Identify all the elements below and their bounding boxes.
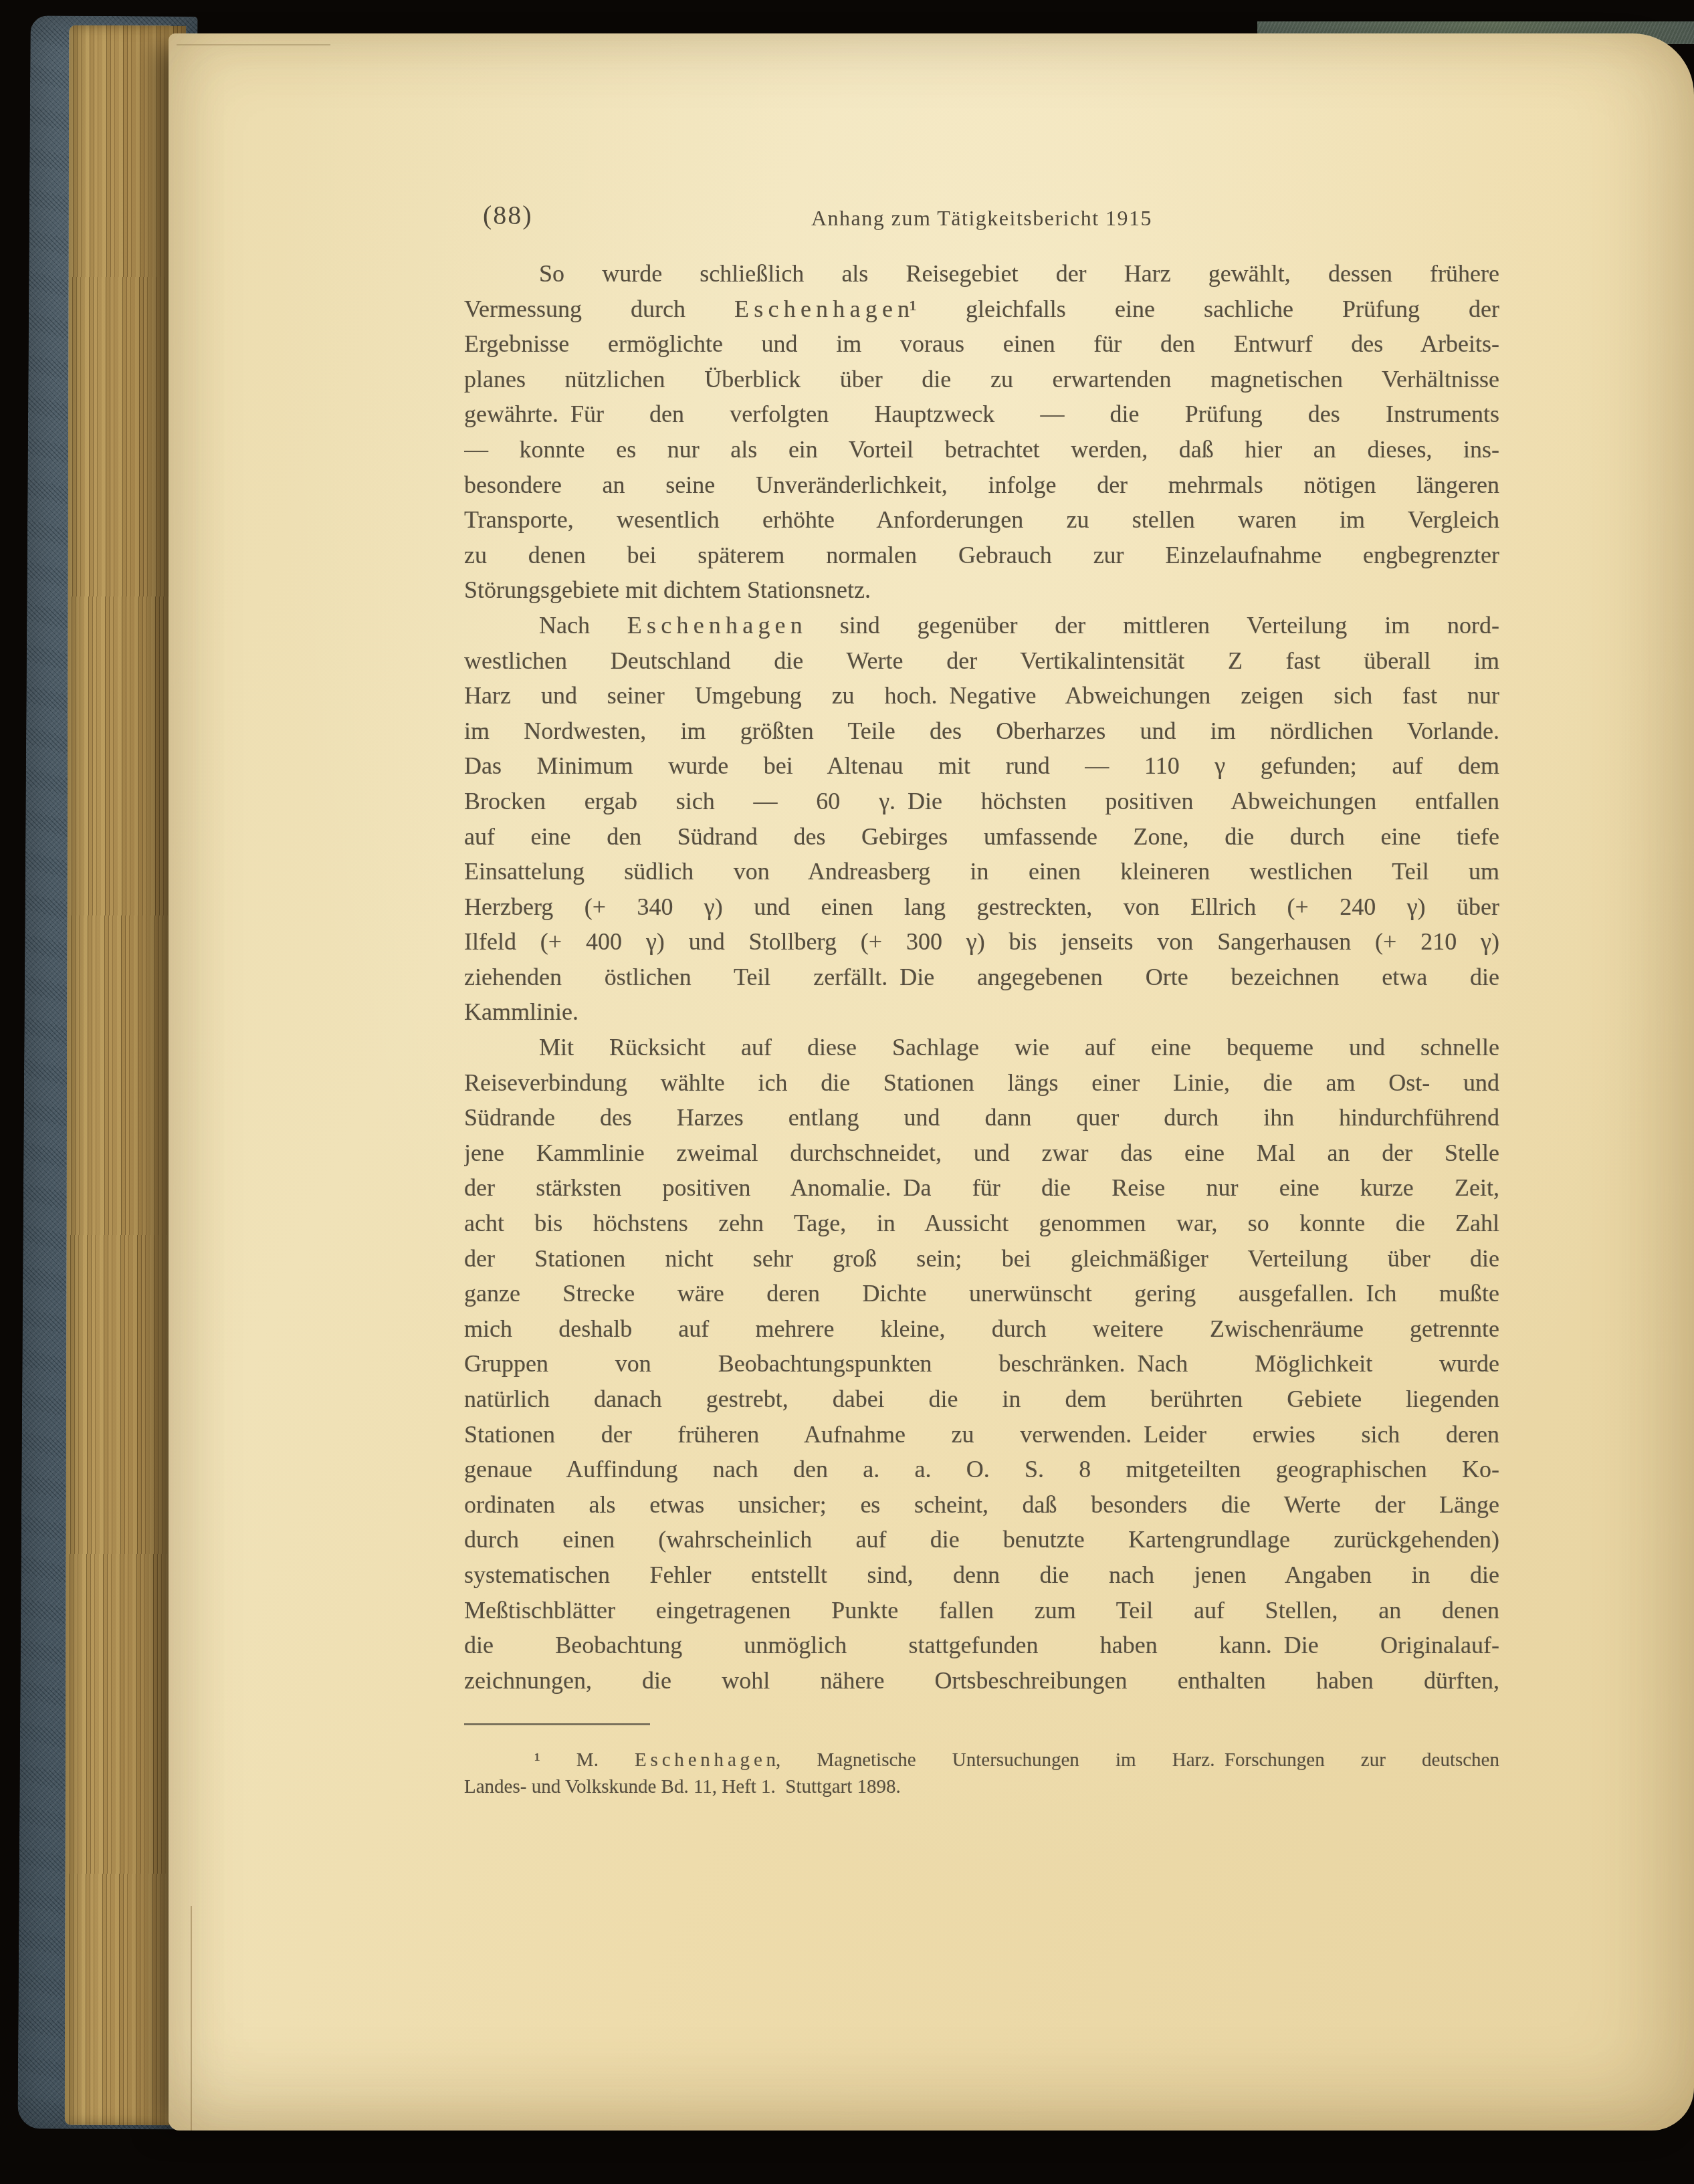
- paragraph: Mit Rücksicht auf diese Sachlage wie auf…: [464, 1030, 1499, 1698]
- text-line: Ergebnisse ermöglichte und im voraus ein…: [464, 326, 1499, 362]
- text-line: jene Kammlinie zweimal durchschneidet, u…: [464, 1135, 1499, 1171]
- book-page: (88) Anhang zum Tätigkeitsbericht 1915 S…: [169, 33, 1694, 2131]
- footnote-line: Landes- und Volkskunde Bd. 11, Heft 1. S…: [464, 1773, 1499, 1800]
- text-line: Störungsgebiete mit dichtem Stationsnetz…: [464, 572, 1499, 608]
- text-line: Meßtischblätter eingetragenen Punkte fal…: [464, 1593, 1499, 1628]
- text-line: Südrande des Harzes entlang und dann que…: [464, 1100, 1499, 1135]
- text-line: Nach E s c h e n h a g e n sind gegenübe…: [464, 608, 1499, 643]
- text-line: acht bis höchstens zehn Tage, in Aussich…: [464, 1206, 1499, 1241]
- text-line: Gruppen von Beobachtungspunkten beschrän…: [464, 1346, 1499, 1382]
- text-line: ordinaten als etwas unsicher; es scheint…: [464, 1487, 1499, 1523]
- text-line: So wurde schließlich als Reisegebiet der…: [464, 256, 1499, 292]
- text-line: der Stationen nicht sehr groß sein; bei …: [464, 1241, 1499, 1277]
- text-line: ganze Strecke wäre deren Dichte unerwüns…: [464, 1276, 1499, 1311]
- body-text: So wurde schließlich als Reisegebiet der…: [464, 256, 1499, 1698]
- text-line: durch einen (wahrscheinlich auf die benu…: [464, 1522, 1499, 1557]
- text-line: Kammlinie.: [464, 994, 1499, 1030]
- text-line: westlichen Deutschland die Werte der Ver…: [464, 643, 1499, 679]
- text-line: Reiseverbindung wählte ich die Stationen…: [464, 1065, 1499, 1101]
- text-line: Das Minimum wurde bei Altenau mit rund —…: [464, 748, 1499, 784]
- text-line: Herzberg (+ 340 γ) und einen lang gestre…: [464, 889, 1499, 925]
- text-line: natürlich danach gestrebt, dabei die in …: [464, 1382, 1499, 1417]
- text-line: Ilfeld (+ 400 γ) und Stollberg (+ 300 γ)…: [464, 924, 1499, 960]
- text-line: Transporte, wesentlich erhöhte Anforderu…: [464, 502, 1499, 538]
- paragraph: Nach E s c h e n h a g e n sind gegenübe…: [464, 608, 1499, 1030]
- footnote: ¹ M. E s c h e n h a g e n, Magnetische …: [464, 1747, 1499, 1800]
- text-line: Einsattelung südlich von Andreasberg in …: [464, 854, 1499, 889]
- footnote-separator: [464, 1723, 650, 1725]
- text-line: — konnte es nur als ein Vorteil betracht…: [464, 432, 1499, 467]
- book-photo: (88) Anhang zum Tätigkeitsbericht 1915 S…: [0, 0, 1694, 2184]
- text-line: gewährte. Für den verfolgten Hauptzweck …: [464, 397, 1499, 432]
- text-line: Vermessung durch E s c h e n h a g e n¹ …: [464, 292, 1499, 327]
- text-line: der stärksten positiven Anomalie. Da für…: [464, 1170, 1499, 1206]
- underlying-page-edge-top: [177, 44, 330, 45]
- text-line: auf eine den Südrand des Gebirges umfass…: [464, 819, 1499, 855]
- text-line: systematischen Fehler entstellt sind, de…: [464, 1557, 1499, 1593]
- text-line: die Beobachtung unmöglich stattgefunden …: [464, 1628, 1499, 1663]
- text-line: planes nützlichen Überblick über die zu …: [464, 362, 1499, 397]
- text-line: Brocken ergab sich — 60 γ. Die höchsten …: [464, 784, 1499, 819]
- text-line: besondere an seine Unveränderlichkeit, i…: [464, 467, 1499, 503]
- text-line: mich deshalb auf mehrere kleine, durch w…: [464, 1311, 1499, 1347]
- paragraph: So wurde schließlich als Reisegebiet der…: [464, 256, 1499, 608]
- running-head: Anhang zum Tätigkeitsbericht 1915: [464, 206, 1499, 231]
- underlying-page-edge-bottom: [191, 1906, 192, 2131]
- text-line: zeichnungen, die wohl nähere Ortsbeschre…: [464, 1663, 1499, 1699]
- text-line: genaue Auffindung nach den a. a. O. S. 8…: [464, 1452, 1499, 1487]
- text-line: zu denen bei späterem normalen Gebrauch …: [464, 538, 1499, 573]
- text-line: Stationen der früheren Aufnahme zu verwe…: [464, 1417, 1499, 1452]
- text-line: im Nordwesten, im größten Teile des Ober…: [464, 714, 1499, 749]
- text-line: ziehenden östlichen Teil zerfällt. Die a…: [464, 960, 1499, 995]
- footnote-line: ¹ M. E s c h e n h a g e n, Magnetische …: [464, 1747, 1499, 1773]
- text-line: Harz und seiner Umgebung zu hoch. Negati…: [464, 678, 1499, 714]
- text-line: Mit Rücksicht auf diese Sachlage wie auf…: [464, 1030, 1499, 1065]
